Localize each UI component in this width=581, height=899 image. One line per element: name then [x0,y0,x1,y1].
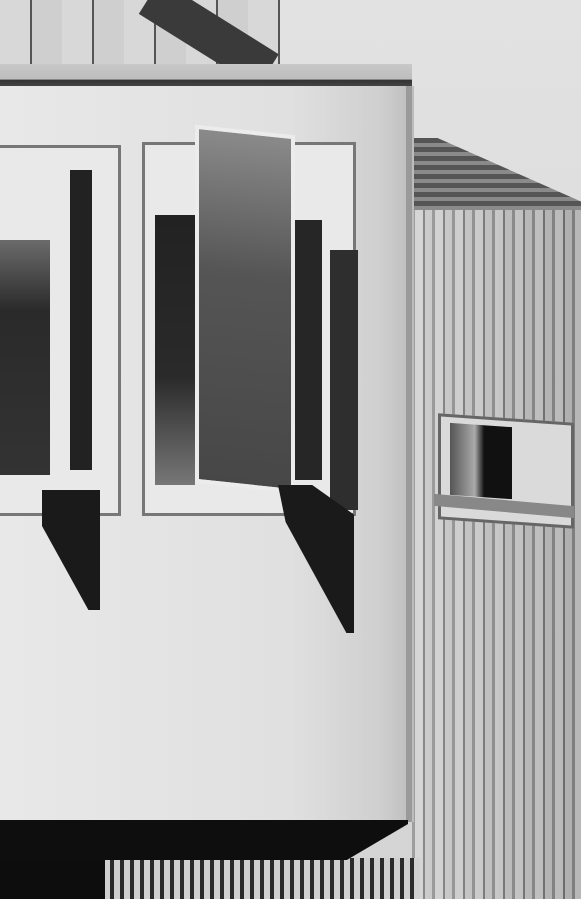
center-window-glass-left [155,215,195,485]
bottom-dark-ledge [0,820,408,860]
bay-cornice [0,64,412,86]
left-window-pane-dark [70,170,92,470]
lower-dark-recess [0,858,105,899]
tower-window-glass [450,423,512,499]
left-window-glass [0,240,50,475]
tower-shingle-roof [412,138,581,218]
tower-shading [412,210,581,899]
open-casement-sash [195,125,295,494]
window-cast-shadow [330,250,358,510]
bay-corner-edge [406,86,412,822]
pencil-drawing-scene [0,0,581,899]
